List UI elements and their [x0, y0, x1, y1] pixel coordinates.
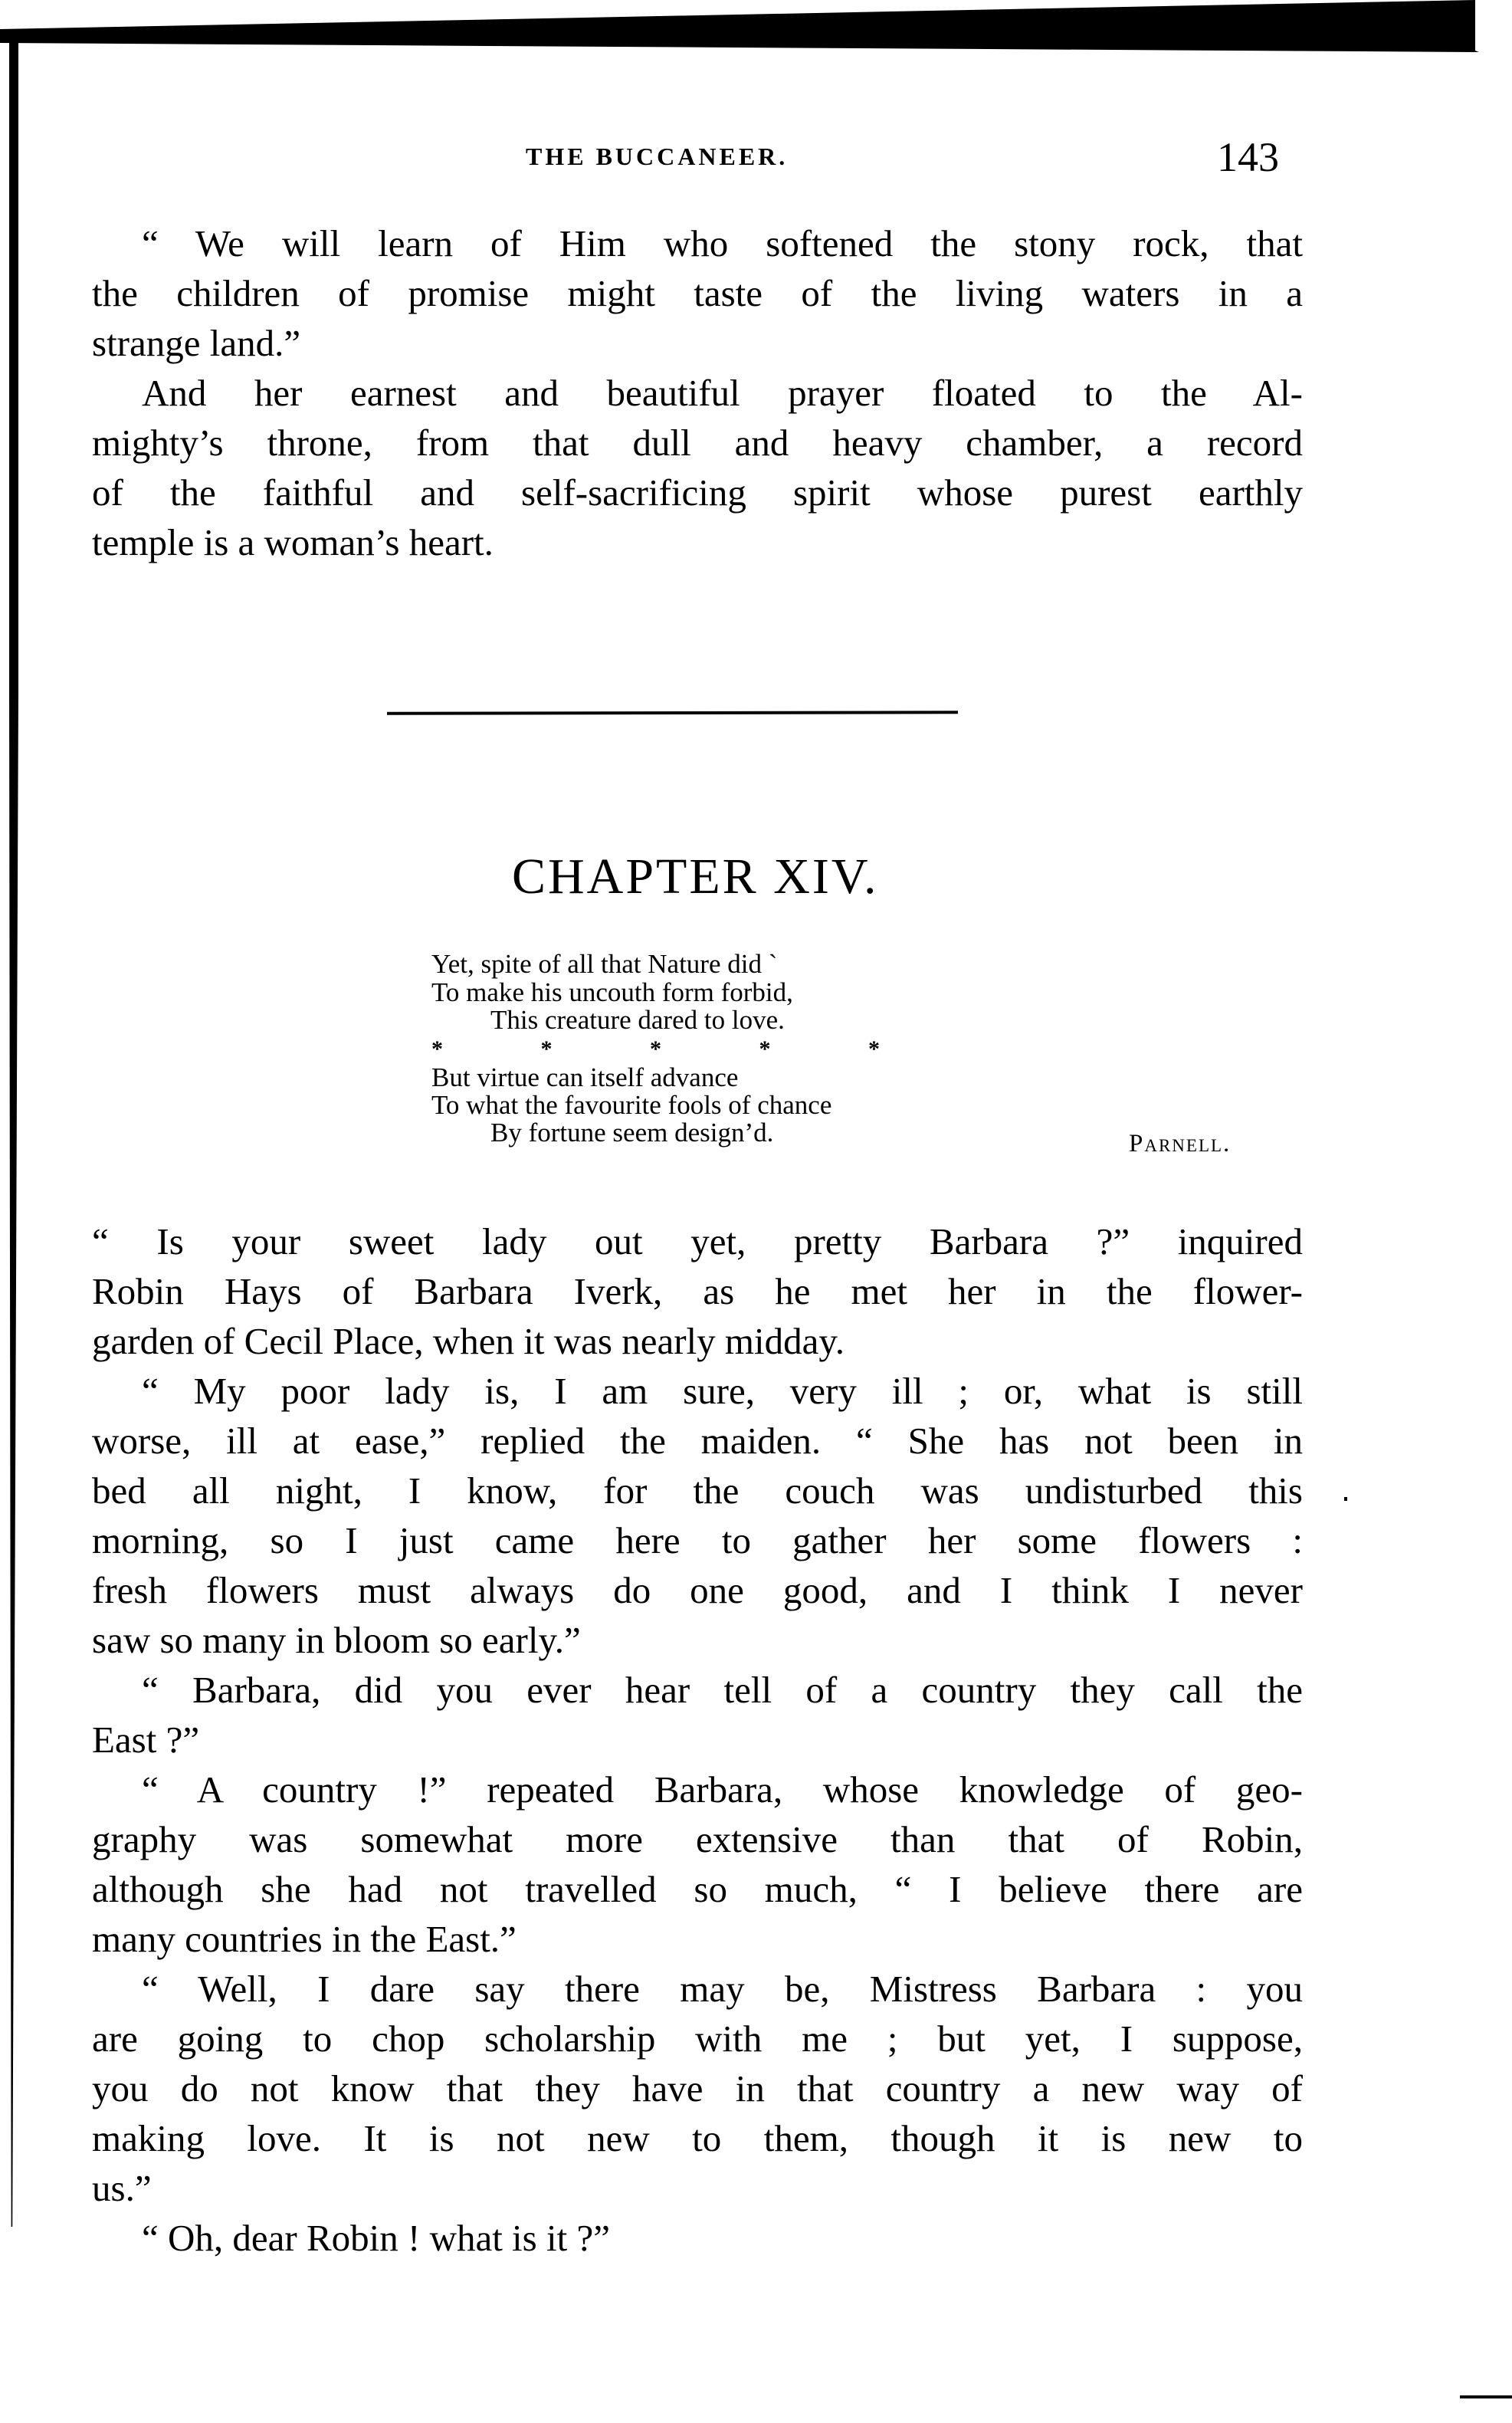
epigraph-line: To what the favourite fools of chance: [431, 1092, 831, 1119]
text-line: temple is a woman’s heart.: [92, 517, 1303, 567]
text-line: many countries in the East.”: [92, 1914, 1303, 1964]
text-line: “ Oh, dear Robin ! what is it ?”: [142, 2213, 1303, 2263]
text-line: “ We will learn of Him who softened the …: [142, 218, 1303, 268]
epigraph-line: This creature dared to love.: [490, 1006, 785, 1034]
star: *: [541, 1036, 553, 1062]
text-line: graphy was somewhat more extensive than …: [92, 1814, 1303, 1864]
text-line: us.”: [92, 2163, 1303, 2213]
text-line: “ Is your sweet lady out yet, pretty Bar…: [92, 1216, 1303, 1266]
epigraph-line: Yet, spite of all that Nature did `: [431, 950, 777, 978]
star: *: [431, 1036, 443, 1062]
scan-speck: [1460, 2395, 1512, 2398]
text-line: morning, so I just came here to gather h…: [92, 1515, 1303, 1565]
scan-left-border: [9, 34, 18, 2227]
text-line: “ A country !” repeated Barbara, whose k…: [142, 1765, 1303, 1814]
text-line: the children of promise might taste of t…: [92, 268, 1303, 318]
text-line: fresh flowers must always do one good, a…: [92, 1565, 1303, 1615]
book-page: THE BUCCANEER. 143 “ We will learn of Hi…: [0, 0, 1512, 2423]
page-number: 143: [1217, 133, 1279, 181]
star: *: [759, 1036, 771, 1062]
star: *: [868, 1036, 880, 1062]
text-line: saw so many in bloom so early.”: [92, 1615, 1303, 1665]
epigraph-attribution: Parnell.: [1129, 1130, 1231, 1158]
text-line: although she had not travelled so much, …: [92, 1864, 1303, 1914]
scan-top-border: [0, 0, 1479, 55]
epigraph-line: To make his uncouth form forbid,: [431, 979, 793, 1006]
text-line: East ?”: [92, 1715, 1303, 1765]
text-line: “ My poor lady is, I am sure, very ill ;…: [142, 1366, 1303, 1416]
text-line: garden of Cecil Place, when it was nearl…: [92, 1316, 1303, 1366]
text-line: mighty’s throne, from that dull and heav…: [92, 418, 1303, 468]
scan-speck: [1344, 1497, 1347, 1501]
text-line: are going to chop scholarship with me ; …: [92, 2014, 1303, 2063]
text-line: bed all night, I know, for the couch was…: [92, 1466, 1303, 1515]
text-line: of the faithful and self-sacrificing spi…: [92, 468, 1303, 517]
running-header-title: THE BUCCANEER.: [526, 143, 788, 171]
epigraph-line: But virtue can itself advance: [431, 1064, 738, 1092]
text-line: “ Barbara, did you ever hear tell of a c…: [142, 1665, 1303, 1715]
chapter-title: CHAPTER XIV.: [512, 848, 879, 906]
text-line: “ Well, I dare say there may be, Mistres…: [142, 1964, 1303, 2014]
text-line: making love. It is not new to them, thou…: [92, 2113, 1303, 2163]
section-divider: [387, 711, 958, 715]
epigraph-ellipsis-stars: * * * * *: [431, 1036, 880, 1062]
text-line: Robin Hays of Barbara Iverk, as he met h…: [92, 1266, 1303, 1316]
text-line: strange land.”: [92, 318, 1303, 368]
text-line: you do not know that they have in that c…: [92, 2063, 1303, 2113]
text-line: And her earnest and beautiful prayer flo…: [142, 368, 1303, 418]
epigraph-line: By fortune seem design’d.: [490, 1119, 773, 1147]
text-line: worse, ill at ease,” replied the maiden.…: [92, 1416, 1303, 1466]
star: *: [650, 1036, 661, 1062]
